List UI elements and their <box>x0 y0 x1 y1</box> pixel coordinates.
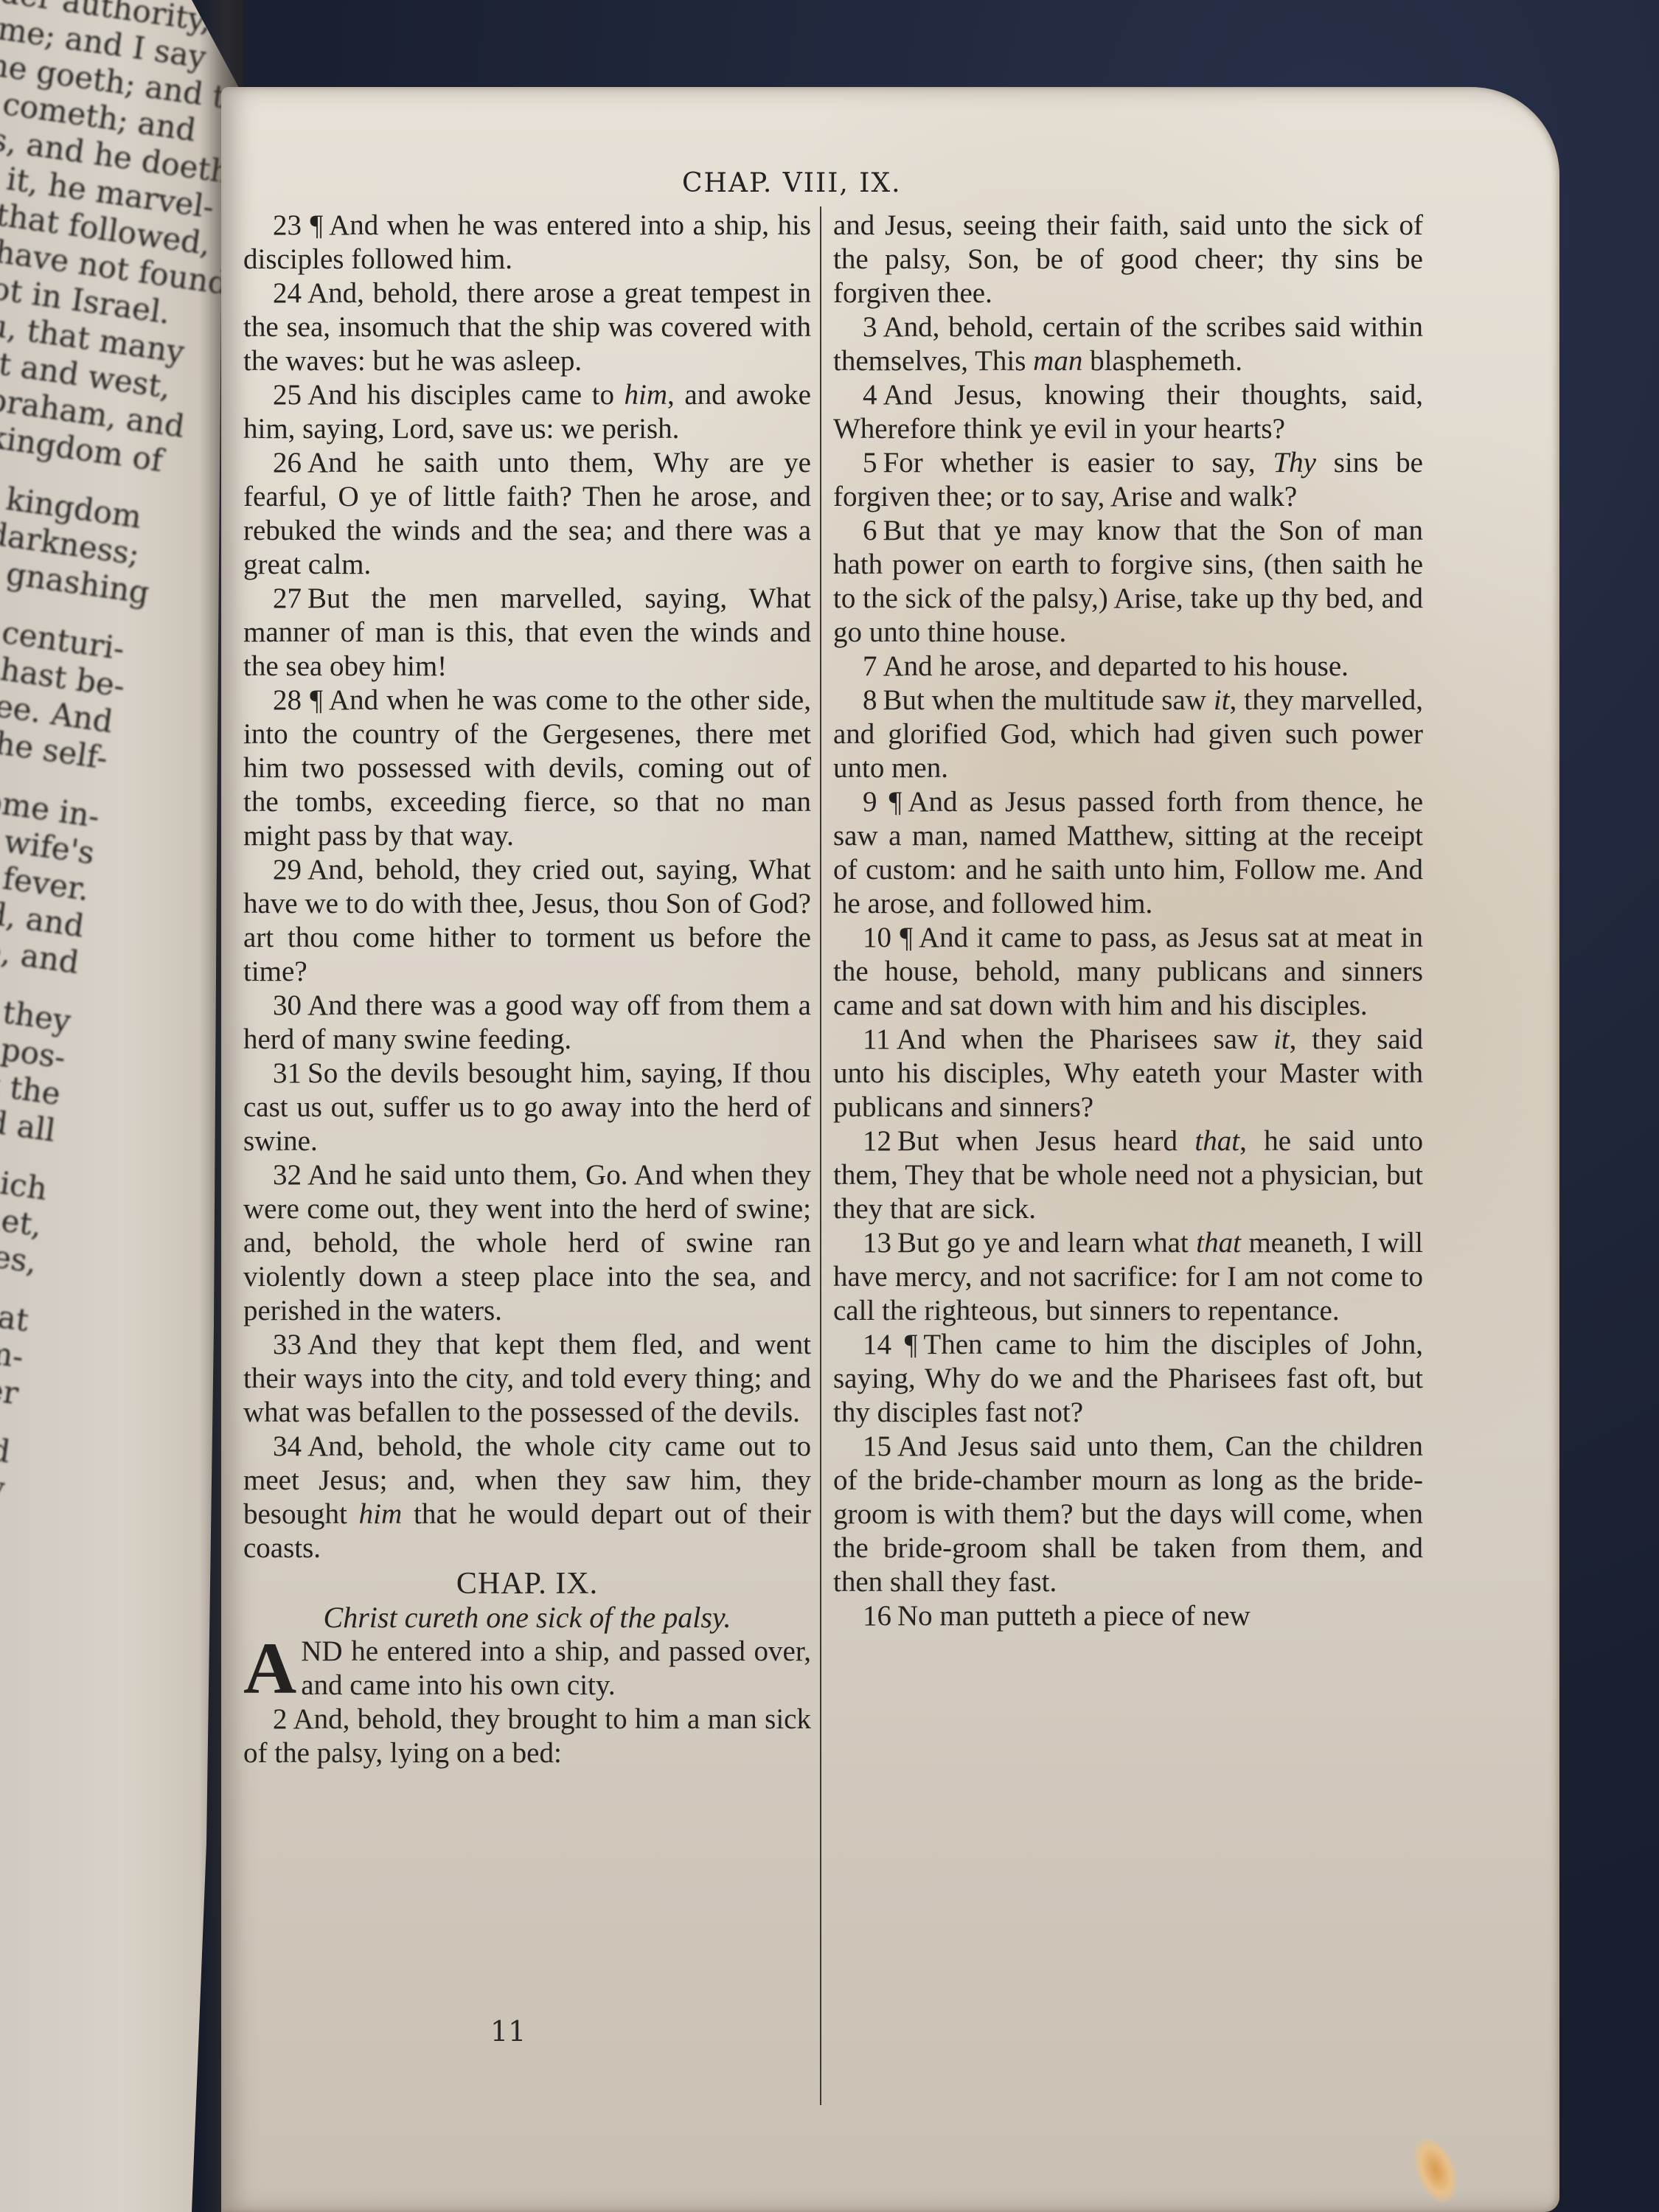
verse-number: 25 <box>273 379 302 411</box>
verse-number: 26 <box>273 447 302 479</box>
verse-number: 16 <box>863 1600 891 1632</box>
verse: 27But the men marvelled, saying, What ma… <box>243 582 811 684</box>
verse-number: 6 <box>863 515 877 546</box>
verse: 6But that ye may know that the Son of ma… <box>833 514 1423 650</box>
right-column-verses: 3And, behold, certain of the scribes sai… <box>833 310 1423 1633</box>
verse-text: But go ye and learn what <box>897 1227 1196 1259</box>
italic-word: him <box>359 1498 403 1530</box>
right-page: CHAP. VIII, IX. 23 ¶And when he was ente… <box>221 87 1559 2212</box>
verse: 10 ¶And it came to pass, as Jesus sat at… <box>833 921 1423 1023</box>
column-divider <box>820 206 821 2105</box>
verse-number: 27 <box>273 582 302 614</box>
left-column: 23 ¶And when he was entered into a ship,… <box>243 209 811 1770</box>
verse-text: And he said unto them, Go. And when they… <box>243 1159 811 1326</box>
verse-number: 11 <box>863 1023 891 1055</box>
verse: 25And his disciples came to him, and awo… <box>243 378 811 446</box>
verse-number: 32 <box>273 1159 302 1191</box>
verse-text: And Jesus, knowing their thoughts, said,… <box>833 379 1423 445</box>
verse-text: And as Jesus passed forth from thence, h… <box>833 786 1423 919</box>
verse-text: And Jesus said unto them, Can the childr… <box>833 1430 1423 1598</box>
verse: 13But go ye and learn what that meaneth,… <box>833 1226 1423 1328</box>
chapter-first-verse: AND he entered into a ship, and passed o… <box>243 1635 811 1703</box>
verse: 28 ¶And when he was come to the other si… <box>243 684 811 853</box>
page-number: 11 <box>490 2015 526 2048</box>
verse-number: 5 <box>863 447 877 479</box>
verse-text: But when the multitude saw <box>883 684 1214 716</box>
verse-text: And there was a good way off from them a… <box>243 990 811 1055</box>
verse-number: 31 <box>273 1057 302 1089</box>
chapter-summary: Christ cureth one sick of the palsy. <box>243 1601 811 1635</box>
verse-number: 14 ¶ <box>863 1329 917 1360</box>
verse: 12But when Jesus heard that, he said unt… <box>833 1124 1423 1226</box>
verse-text: For whether is easier to say, <box>883 447 1273 479</box>
verse: 31So the devils besought him, saying, If… <box>243 1057 811 1158</box>
verse-number: 2 <box>273 1703 288 1735</box>
verse-text: Then came to him the disciples of John, … <box>833 1329 1423 1428</box>
verse-text: And, behold, there arose a great tempest… <box>243 277 811 377</box>
verse: 33And they that kept them fled, and went… <box>243 1328 811 1430</box>
verse-number: 4 <box>863 379 877 411</box>
verse-text: And when he was entered into a ship, his… <box>243 209 811 275</box>
verse-number: 28 ¶ <box>273 684 323 716</box>
verse-text: But when Jesus heard <box>897 1125 1194 1157</box>
verse-number: 30 <box>273 990 302 1021</box>
verse-number: 34 <box>273 1430 302 1462</box>
verse: 29And, behold, they cried out, saying, W… <box>243 853 811 989</box>
verse: 15And Jesus said unto them, Can the chil… <box>833 1430 1423 1599</box>
drop-cap: A <box>243 1638 296 1700</box>
verse-continuation: and Jesus, seeing their faith, said unto… <box>833 209 1423 310</box>
running-head: CHAP. VIII, IX. <box>682 168 902 198</box>
verse-text: And when he was come to the other side, … <box>243 684 811 852</box>
verse-text: But the men marvelled, saying, What mann… <box>243 582 811 682</box>
verse: 5For whether is easier to say, Thy sins … <box>833 446 1423 514</box>
verse-text: And his disciples came to <box>307 379 625 411</box>
verse-text: blasphemeth. <box>1082 345 1242 377</box>
verse: 32And he said unto them, Go. And when th… <box>243 1158 811 1328</box>
verse: 14 ¶Then came to him the disciples of Jo… <box>833 1328 1423 1430</box>
verse: 9 ¶And as Jesus passed forth from thence… <box>833 785 1423 921</box>
verse-number: 3 <box>863 311 877 343</box>
verse-number: 15 <box>863 1430 891 1462</box>
verse-text: And it came to pass, as Jesus sat at mea… <box>833 922 1423 1021</box>
verse-number: 10 ¶ <box>863 922 913 953</box>
verse-number: 12 <box>863 1125 891 1157</box>
italic-word: man <box>1033 345 1082 377</box>
right-column: and Jesus, seeing their faith, said unto… <box>833 209 1423 1633</box>
verse: 4And Jesus, knowing their thoughts, said… <box>833 378 1423 446</box>
verse-text: And, behold, they brought to him a man s… <box>243 1703 811 1769</box>
verse-number: 23 ¶ <box>273 209 323 241</box>
verse: 26And he saith unto them, Why are ye fea… <box>243 446 811 582</box>
verse: 24And, behold, there arose a great tempe… <box>243 276 811 378</box>
verse-text: So the devils besought him, saying, If t… <box>243 1057 811 1157</box>
italic-word: it <box>1273 1023 1290 1055</box>
verse-text: But that ye may know that the Son of man… <box>833 515 1423 648</box>
verse: 11And when the Pharisees saw it, they sa… <box>833 1023 1423 1124</box>
verse-text: And, behold, they cried out, saying, Wha… <box>243 854 811 987</box>
verse-number: 8 <box>863 684 877 716</box>
verse-text: And they that kept them fled, and went t… <box>243 1329 811 1428</box>
italic-word: that <box>1196 1227 1241 1259</box>
verse-number: 33 <box>273 1329 302 1360</box>
verse-number: 7 <box>863 650 877 682</box>
verse: 3And, behold, certain of the scribes sai… <box>833 310 1423 378</box>
verse-text: No man putteth a piece of new <box>897 1600 1251 1632</box>
left-page-text: der authority,y me; and I sayd he goeth;… <box>0 0 214 1857</box>
paper-stain <box>1407 2132 1464 2208</box>
verse-number: 24 <box>273 277 302 309</box>
italic-word: Thy <box>1273 447 1316 479</box>
italic-word: it <box>1214 684 1230 716</box>
verse: 23 ¶And when he was entered into a ship,… <box>243 209 811 276</box>
verse: 7And he arose, and departed to his house… <box>833 650 1423 684</box>
verse: 30And there was a good way off from them… <box>243 989 811 1057</box>
verse-2: 2And, behold, they brought to him a man … <box>243 1703 811 1770</box>
verse: 34And, behold, the whole city came out t… <box>243 1430 811 1565</box>
verse-number: 29 <box>273 854 302 886</box>
first-verse-text: ND he entered into a ship, and passed ov… <box>301 1635 811 1701</box>
verse-text: And he saith unto them, Why are ye fearf… <box>243 447 811 580</box>
verse: 16No man putteth a piece of new <box>833 1599 1423 1633</box>
verse-number: 9 ¶ <box>863 786 902 818</box>
verse: 8But when the multitude saw it, they mar… <box>833 684 1423 785</box>
verse-text: And when the Pharisees saw <box>897 1023 1273 1055</box>
chapter-heading: CHAP. IX. <box>243 1567 811 1601</box>
italic-word: that <box>1194 1125 1239 1157</box>
verse-number: 13 <box>863 1227 891 1259</box>
left-column-verses: 23 ¶And when he was entered into a ship,… <box>243 209 811 1565</box>
italic-word: him <box>625 379 668 411</box>
verse-text: And he arose, and departed to his house. <box>883 650 1349 682</box>
